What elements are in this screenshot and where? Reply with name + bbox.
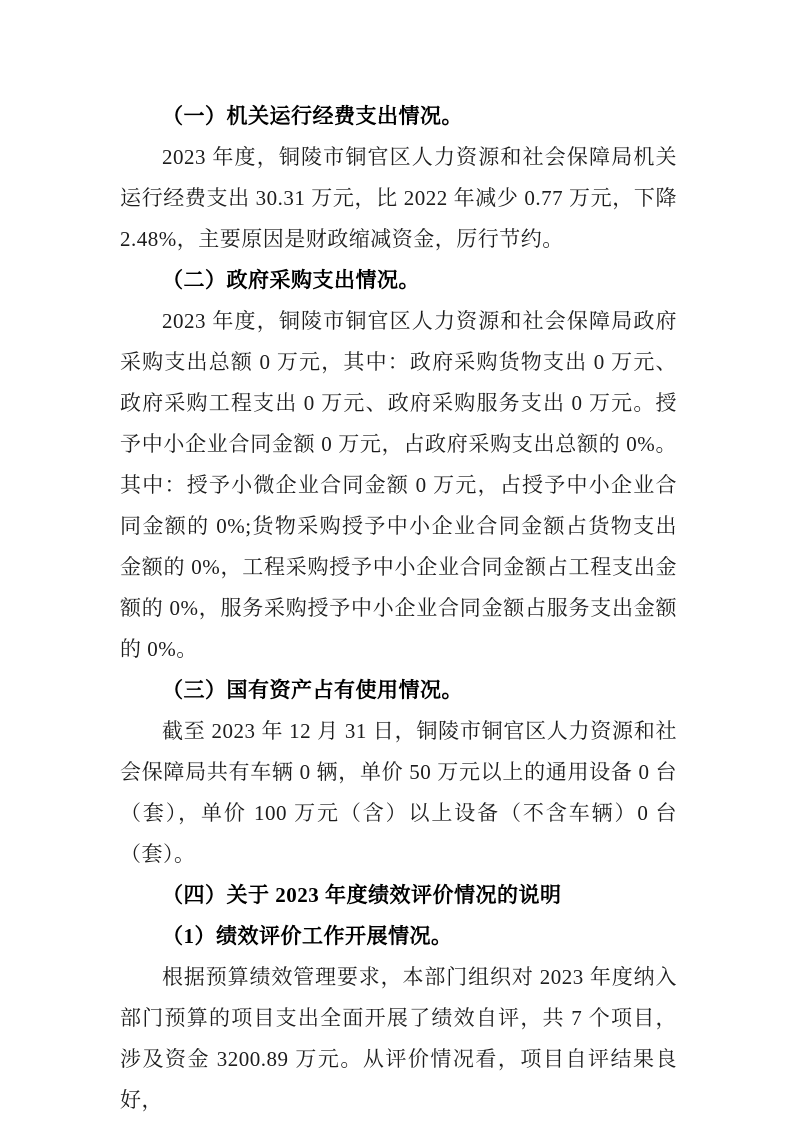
section-paragraph-3: 截至 2023 年 12 月 31 日，铜陵市铜官区人力资源和社会保障局共有车辆…	[120, 711, 677, 875]
section-heading-2: （二）政府采购支出情况。	[120, 260, 677, 301]
section-paragraph-2: 2023 年度，铜陵市铜官区人力资源和社会保障局政府采购支出总额 0 万元，其中…	[120, 301, 677, 670]
document-page: （一）机关运行经费支出情况。 2023 年度，铜陵市铜官区人力资源和社会保障局机…	[0, 0, 793, 1122]
section-paragraph-4: 根据预算绩效管理要求，本部门组织对 2023 年度纳入部门预算的项目支出全面开展…	[120, 957, 677, 1121]
section-heading-1: （一）机关运行经费支出情况。	[120, 96, 677, 137]
section-paragraph-1: 2023 年度，铜陵市铜官区人力资源和社会保障局机关运行经费支出 30.31 万…	[120, 137, 677, 260]
section-heading-4: （四）关于 2023 年度绩效评价情况的说明	[120, 875, 677, 916]
document-content: （一）机关运行经费支出情况。 2023 年度，铜陵市铜官区人力资源和社会保障局机…	[120, 96, 677, 1121]
section-subheading-4-1: （1）绩效评价工作开展情况。	[120, 916, 677, 957]
section-heading-3: （三）国有资产占有使用情况。	[120, 670, 677, 711]
